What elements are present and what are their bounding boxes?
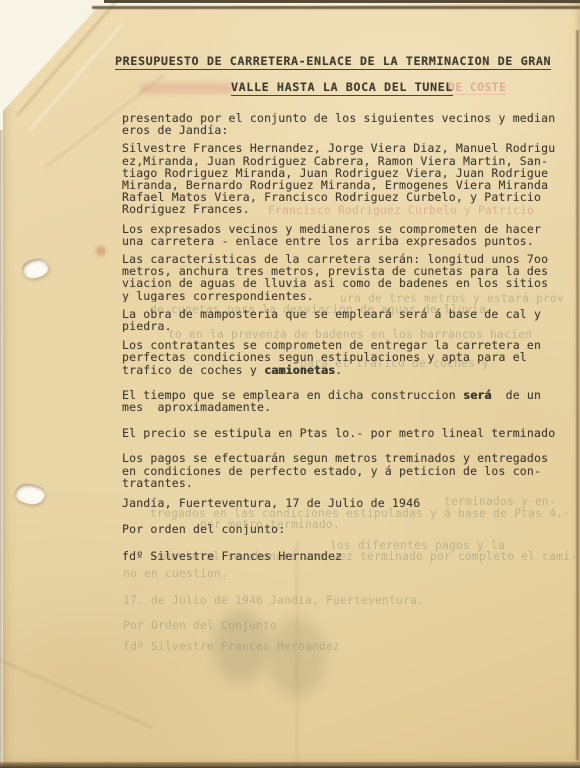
document-line: La obra de mamposteria que se empleará s…	[122, 308, 580, 320]
page-edge-top	[104, 0, 580, 3]
paragraph: Los expresados vecinos y medianeros se c…	[122, 223, 580, 247]
document-line: El precio se estipula en Ptas lo.- por m…	[122, 427, 580, 439]
document-line: Los expresados vecinos y medianeros se c…	[122, 223, 580, 235]
page-edge-left	[0, 130, 4, 766]
red-mark	[96, 246, 106, 256]
paragraph: Por orden del conjunto:	[122, 523, 580, 535]
paragraph: Los contratantes se comprometen de entre…	[122, 339, 580, 376]
bleedthrough-line: DE COSTE	[448, 82, 506, 95]
pink-bleedthrough-smear	[140, 83, 232, 94]
document-line: Los pagos se efectuarán segun metros tre…	[122, 452, 580, 464]
text-segment: trafico de coches y	[122, 363, 264, 376]
page-edge-bottom	[0, 762, 580, 768]
bleedthrough-line: 17. de Julio de 1946 Jandía, Fuerteventu…	[123, 595, 424, 607]
paragraph: presentado por el conjunto de los siguie…	[122, 112, 580, 136]
document-line: eros de Jandía:	[122, 124, 580, 136]
document-title-line1: PRESUPUESTO DE CARRETERA-ENLACE DE LA TE…	[115, 54, 551, 70]
paragraph: El precio se estipula en Ptas lo.- por m…	[122, 427, 580, 439]
document-line: y lugares correspondientes.	[122, 290, 580, 302]
document-line: Silvestre Frances Hernandez, Jorge Viera…	[122, 142, 580, 154]
document-body: presentado por el conjunto de los siguie…	[122, 112, 580, 563]
paragraph: Las caracteristicas de la carretera será…	[122, 253, 580, 302]
bleedthrough-line: Por Orden del Conjunto	[123, 620, 277, 632]
document-title-line2: VALLE HASTA LA BOCA DEL TUNEL	[231, 80, 453, 96]
document-line: piedra.	[122, 320, 580, 332]
document-line: viacion de aguas de lluvia asi como de b…	[122, 277, 580, 289]
text-segment: .	[335, 363, 342, 376]
text-segment: de un	[491, 389, 541, 402]
document-line: Rodriguez Frances.	[122, 203, 580, 215]
document-line: ez,Miranda, Juan Rodriguez Cabrera, Ramo…	[122, 155, 580, 167]
bleedthrough-line: fdº Silvestre Frances Hernandez	[123, 641, 340, 653]
document-line: trafico de coches y camionetas.	[122, 364, 580, 376]
paragraph: Silvestre Frances Hernandez, Jorge Viera…	[122, 142, 580, 215]
overstruck-word: será	[463, 389, 491, 402]
paragraph: fdº Silvestre Frances Hernandez	[122, 550, 580, 562]
page-edge-top-shadow	[92, 6, 580, 9]
overstruck-word: camionetas	[264, 363, 335, 376]
bleedthrough-line: no en cuestion.	[123, 568, 228, 580]
document-line: fdº Silvestre Frances Hernandez	[122, 550, 580, 562]
paragraph: El tiempo que se empleara en dicha const…	[122, 389, 580, 413]
scanned-document: DE COSTEFrancisco Rodriguez Curbelo y Pa…	[0, 0, 580, 768]
paragraph: Los pagos se efectuarán segun metros tre…	[122, 452, 580, 489]
document-line: una carretera - enlace entre los arriba …	[122, 235, 580, 247]
document-line: mes aproximadamente.	[122, 401, 580, 413]
document-line: Jandía, Fuerteventura, 17 de Julio de 19…	[122, 497, 580, 509]
document-line: tratantes.	[122, 477, 580, 489]
paragraph: Jandía, Fuerteventura, 17 de Julio de 19…	[122, 497, 580, 509]
paragraph: La obra de mamposteria que se empleará s…	[122, 308, 580, 332]
document-line: Por orden del conjunto:	[122, 523, 580, 535]
